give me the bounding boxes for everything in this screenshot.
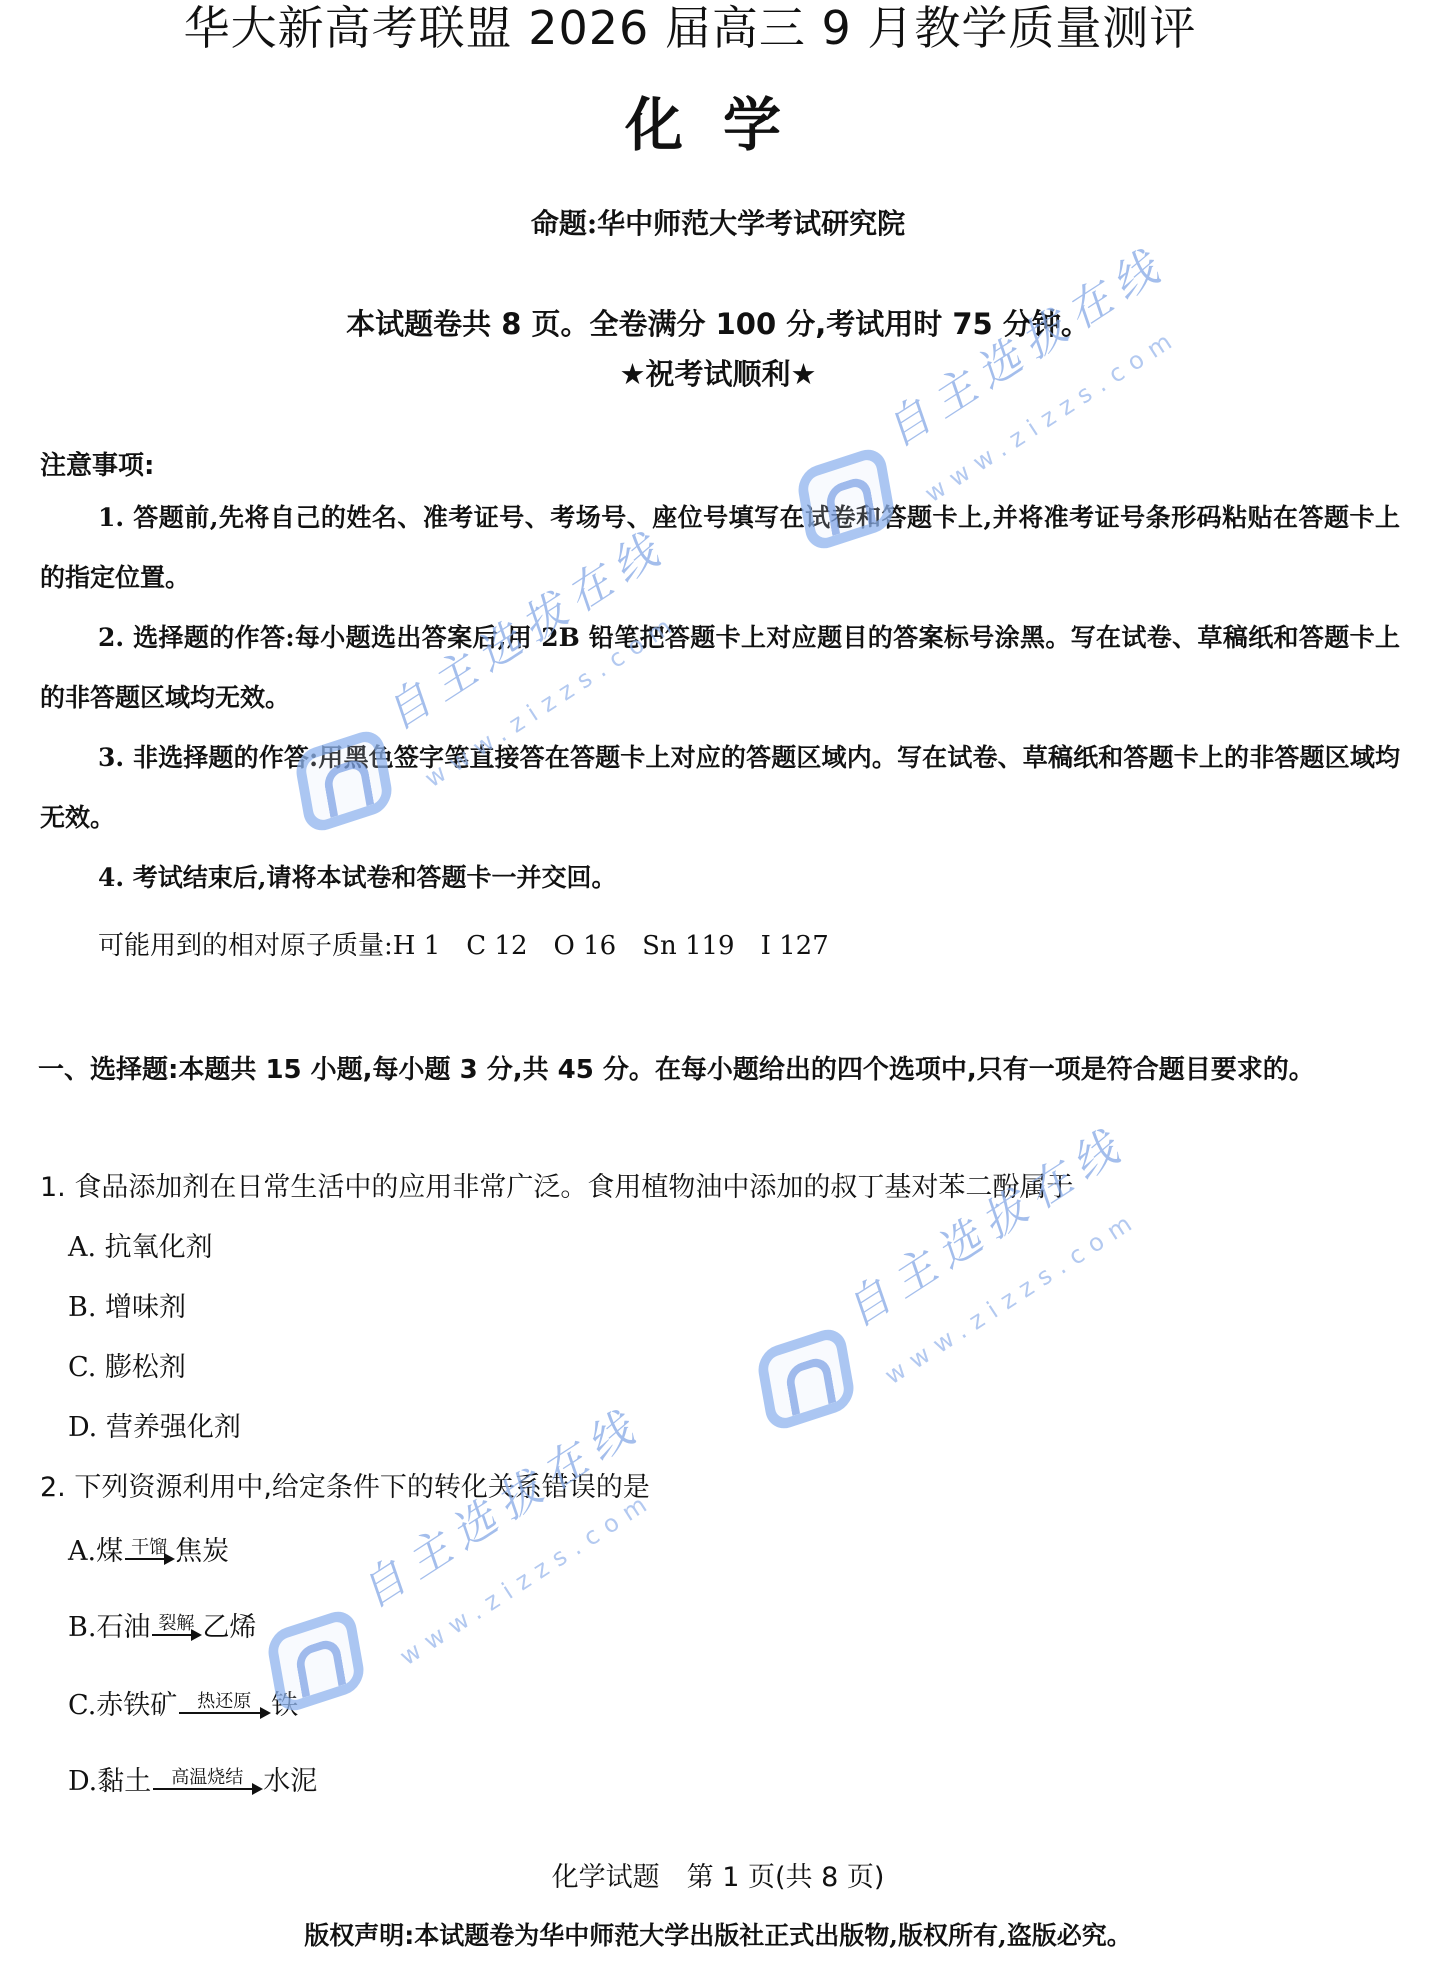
arrow-icon [125, 1558, 173, 1560]
reaction-arrow: 热还原 [179, 1692, 269, 1714]
note-item-3: 3. 非选择题的作答:用黑色签字笔直接答在答题卡上对应的答题区域内。写在试卷、草… [40, 728, 1400, 848]
question-1-stem: 1. 食品添加剂在日常生活中的应用非常广泛。食用植物油中添加的叔丁基对苯二酚属于 [40, 1168, 1073, 1208]
reaction-condition: 热还原 [197, 1692, 251, 1712]
reaction-condition: 裂解 [158, 1614, 194, 1634]
watermark-text: 自主选拔在线 [830, 1109, 1137, 1339]
question-2-option-b: B. 石油 裂解 乙烯 [68, 1608, 256, 1648]
product: 焦炭 [175, 1532, 229, 1572]
product: 铁 [271, 1686, 298, 1726]
copyright-text: 本试题卷为华中师范大学出版社正式出版物,版权所有,盗版必究。 [414, 1921, 1131, 1950]
watermark-url: www.zizzs.com [920, 323, 1184, 508]
section-1-text: 一、选择题:本题共 15 小题,每小题 3 分,共 45 分。在每小题给出的四个… [38, 1040, 1408, 1100]
atomic-masses: 可能用到的相对原子质量:H 1 C 12 O 16 Sn 119 I 127 [98, 928, 829, 964]
question-1-option-a: A. 抗氧化剂 [68, 1228, 213, 1268]
page-footer: 化学试题 第 1 页(共 8 页) [0, 1858, 1436, 1898]
author-line: 命题:华中师范大学考试研究院 [0, 204, 1436, 244]
reaction-arrow: 干馏 [125, 1538, 173, 1560]
copyright-notice: 版权声明:本试题卷为华中师范大学出版社正式出版物,版权所有,盗版必究。 [0, 1918, 1436, 1954]
question-1-option-b: B. 增味剂 [68, 1288, 186, 1328]
note-item-2: 2. 选择题的作答:每小题选出答案后,用 2B 铅笔把答题卡上对应题目的答案标号… [40, 608, 1400, 728]
question-2-option-a: A. 煤 干馏 焦炭 [68, 1532, 229, 1572]
product: 水泥 [263, 1762, 317, 1802]
reaction-arrow: 裂解 [152, 1614, 200, 1636]
arrow-icon [179, 1712, 269, 1714]
arrow-icon [152, 1634, 200, 1636]
question-2-option-d: D. 黏土 高温烧结 水泥 [68, 1762, 317, 1802]
copyright-label: 版权声明: [304, 1921, 414, 1950]
note-item-4: 4. 考试结束后,请将本试卷和答题卡一并交回。 [40, 848, 1400, 908]
notes-heading: 注意事项: [40, 448, 154, 484]
option-label: A. [68, 1532, 96, 1572]
section-1-title: 一、选择题:本题共 15 小题,每小题 3 分,共 45 分。在每小题给出的四个… [38, 1040, 1408, 1100]
product: 乙烯 [202, 1608, 256, 1648]
reaction-condition: 干馏 [131, 1538, 167, 1558]
reaction-arrow: 高温烧结 [153, 1768, 261, 1790]
subject-title: 化学 [0, 90, 1436, 160]
reaction-condition: 高温烧结 [171, 1768, 243, 1788]
exam-title: 华大新高考联盟 2026 届高三 9 月教学质量测评 [0, 0, 1380, 56]
question-2-stem: 2. 下列资源利用中,给定条件下的转化关系错误的是 [40, 1468, 650, 1508]
watermark-url: www.zizzs.com [395, 1486, 659, 1671]
reactant: 黏土 [97, 1762, 151, 1802]
good-luck-line: ★祝考试顺利★ [0, 354, 1436, 394]
option-label: C. [68, 1686, 96, 1726]
note-item-1: 1. 答题前,先将自己的姓名、准考证号、考场号、座位号填写在试卷和答题卡上,并将… [40, 488, 1400, 608]
exam-info: 本试题卷共 8 页。全卷满分 100 分,考试用时 75 分钟。 [0, 304, 1436, 344]
reactant: 煤 [96, 1532, 123, 1572]
question-2-option-c: C. 赤铁矿 热还原 铁 [68, 1686, 298, 1726]
watermark-url: www.zizzs.com [880, 1205, 1144, 1390]
option-label: D. [68, 1762, 97, 1802]
reactant: 石油 [96, 1608, 150, 1648]
question-1-option-d: D. 营养强化剂 [68, 1408, 241, 1448]
watermark-logo-icon [755, 1324, 857, 1434]
question-1-option-c: C. 膨松剂 [68, 1348, 186, 1388]
reactant: 赤铁矿 [96, 1686, 177, 1726]
arrow-icon [153, 1788, 261, 1790]
option-label: B. [68, 1608, 96, 1648]
